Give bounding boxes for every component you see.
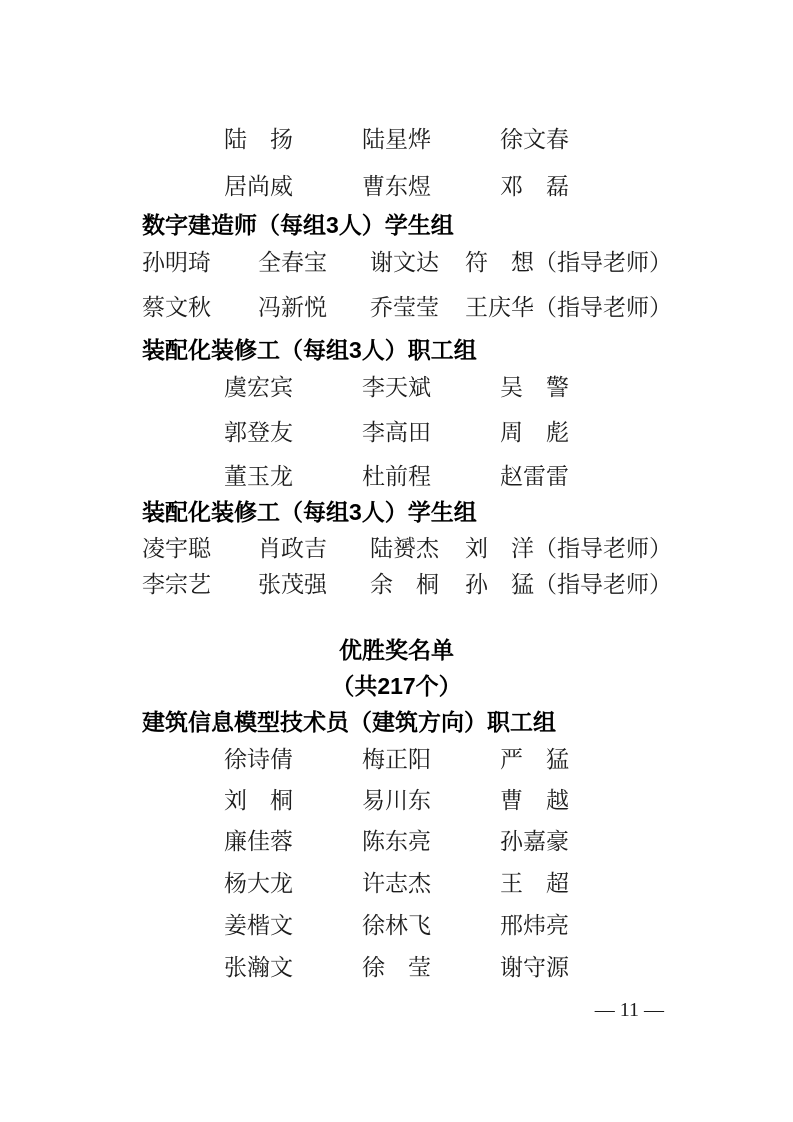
- name-row: 郭登友 李高田 周 彪: [224, 420, 569, 445]
- name: 孙明琦: [142, 250, 258, 275]
- name: 陆 扬: [224, 127, 362, 152]
- section-header-assembly-decoration-student: 装配化装修工（每组3人）学生组: [142, 500, 477, 525]
- name: 梅正阳: [362, 747, 500, 772]
- name: 廉佳蓉: [224, 829, 362, 854]
- award-title: 优胜奖名单: [0, 638, 793, 663]
- name-row: 刘 桐 易川东 曹 越: [224, 788, 569, 813]
- page-number: — 11 —: [0, 998, 664, 1022]
- name: 张瀚文: [224, 955, 362, 980]
- name: 吴 警: [500, 375, 569, 400]
- name: 李宗艺: [142, 572, 258, 597]
- name-row: 徐诗倩 梅正阳 严 猛: [224, 747, 569, 772]
- name: 李天斌: [362, 375, 500, 400]
- document-page: 陆 扬 陆星烨 徐文春 居尚威 曹东煜 邓 磊 数字建造师（每组3人）学生组 孙…: [0, 0, 793, 1122]
- name: 徐诗倩: [224, 747, 362, 772]
- name-row: 董玉龙 杜前程 赵雷雷: [224, 464, 569, 489]
- name: 陆赟杰: [370, 536, 465, 561]
- name: 曹 越: [500, 788, 569, 813]
- name: 谢守源: [500, 955, 569, 980]
- name: 张茂强: [258, 572, 370, 597]
- name-row: 孙明琦 全春宝 谢文达 符 想（指导老师）: [142, 250, 672, 275]
- name: 许志杰: [362, 871, 500, 896]
- name: 谢文达: [370, 250, 465, 275]
- name: 赵雷雷: [500, 464, 569, 489]
- name: 李高田: [362, 420, 500, 445]
- award-count: （共217个）: [0, 674, 793, 699]
- name: 易川东: [362, 788, 500, 813]
- name-row: 陆 扬 陆星烨 徐文春: [224, 127, 569, 152]
- name: 徐文春: [500, 127, 569, 152]
- name: 徐林飞: [362, 913, 500, 938]
- name-row: 蔡文秋 冯新悦 乔莹莹 王庆华（指导老师）: [142, 295, 672, 320]
- name: 余 桐: [370, 572, 465, 597]
- name: 杜前程: [362, 464, 500, 489]
- name: 冯新悦: [258, 295, 370, 320]
- name-with-advisor: 符 想（指导老师）: [465, 250, 672, 275]
- name: 邓 磊: [500, 174, 569, 199]
- section-header-digital-builder-student: 数字建造师（每组3人）学生组: [142, 213, 454, 238]
- name: 乔莹莹: [370, 295, 465, 320]
- name: 郭登友: [224, 420, 362, 445]
- name: 周 彪: [500, 420, 569, 445]
- name: 居尚威: [224, 174, 362, 199]
- name: 肖政吉: [258, 536, 370, 561]
- name-row: 姜楷文 徐林飞 邢炜亮: [224, 913, 569, 938]
- name-row: 张瀚文 徐 莹 谢守源: [224, 955, 569, 980]
- name-row: 居尚威 曹东煜 邓 磊: [224, 174, 569, 199]
- name: 蔡文秋: [142, 295, 258, 320]
- name-row: 杨大龙 许志杰 王 超: [224, 871, 569, 896]
- name: 曹东煜: [362, 174, 500, 199]
- name-with-advisor: 孙 猛（指导老师）: [465, 572, 672, 597]
- name-row: 廉佳蓉 陈东亮 孙嘉豪: [224, 829, 569, 854]
- name-row: 李宗艺 张茂强 余 桐 孙 猛（指导老师）: [142, 572, 672, 597]
- name: 徐 莹: [362, 955, 500, 980]
- name: 全春宝: [258, 250, 370, 275]
- section-header-assembly-decoration-worker: 装配化装修工（每组3人）职工组: [142, 338, 477, 363]
- name: 凌宇聪: [142, 536, 258, 561]
- name: 严 猛: [500, 747, 569, 772]
- name-with-advisor: 刘 洋（指导老师）: [465, 536, 672, 561]
- name: 虞宏宾: [224, 375, 362, 400]
- name-row: 虞宏宾 李天斌 吴 警: [224, 375, 569, 400]
- name: 孙嘉豪: [500, 829, 569, 854]
- name: 邢炜亮: [500, 913, 569, 938]
- section-header-bim-technician-worker: 建筑信息模型技术员（建筑方向）职工组: [142, 710, 556, 735]
- name: 姜楷文: [224, 913, 362, 938]
- name: 王 超: [500, 871, 569, 896]
- name-row: 凌宇聪 肖政吉 陆赟杰 刘 洋（指导老师）: [142, 536, 672, 561]
- name-with-advisor: 王庆华（指导老师）: [465, 295, 672, 320]
- name: 董玉龙: [224, 464, 362, 489]
- name: 杨大龙: [224, 871, 362, 896]
- name: 陈东亮: [362, 829, 500, 854]
- name: 陆星烨: [362, 127, 500, 152]
- name: 刘 桐: [224, 788, 362, 813]
